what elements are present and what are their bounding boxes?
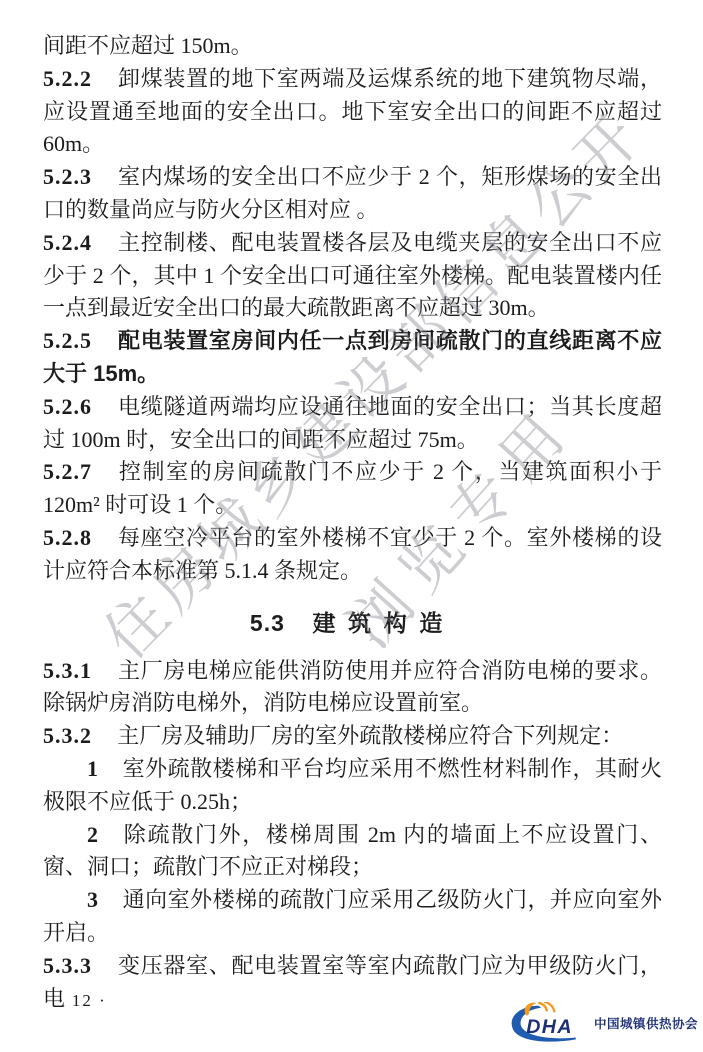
- clause-number: 5.2.8: [43, 525, 92, 550]
- clause-number: 5.3.2: [43, 723, 92, 748]
- clause-5-2-4: 5.2.4主控制楼、配电装置楼各层及电缆夹层的安全出口不应少于 2 个，其中 1…: [43, 227, 662, 325]
- clause-number: 5.3.3: [43, 953, 92, 978]
- paragraph-continuation: 间距不应超过 150m。: [43, 30, 662, 63]
- clause-5-2-7: 5.2.7控制室的房间疏散门不应少于 2 个，当建筑面积小于 120m² 时可设…: [43, 456, 662, 522]
- clause-number: 5.2.7: [43, 459, 92, 484]
- clause-number: 5.2.6: [43, 394, 92, 419]
- dha-logo-icon: DHA: [501, 1002, 587, 1045]
- clause-5-2-3: 5.2.3室内煤场的安全出口不应少于 2 个，矩形煤场的安全出口的数量尚应与防火…: [43, 161, 662, 227]
- clause-number: 1: [87, 756, 99, 781]
- section-number: 5.3: [250, 610, 285, 636]
- clause-5-2-5: 5.2.5配电装置室房间内任一点到房间疏散门的直线距离不应大于 15m。: [43, 325, 662, 391]
- clause-number: 3: [87, 887, 99, 912]
- section-heading-5-3: 5.3建筑构造: [43, 608, 662, 638]
- document-body: 间距不应超过 150m。5.2.2卸煤装置的地下室两端及运煤系统的地下建筑物尽端…: [43, 30, 662, 1015]
- sub-item-1: 1室外疏散楼梯和平台均应采用不燃性材料制作，其耐火极限不应低于 0.25h；: [43, 753, 662, 819]
- clause-5-2-6: 5.2.6电缆隧道两端均应设通往地面的安全出口；当其长度超过 100m 时，安全…: [43, 391, 662, 457]
- section-title: 建筑构造: [312, 610, 455, 636]
- clause-number: 2: [87, 822, 99, 847]
- sub-item-3: 3通向室外楼梯的疏散门应采用乙级防火门，并应向室外开启。: [43, 884, 662, 950]
- document-page: { "document": { "blocks": [ {"type":"p",…: [0, 0, 703, 1052]
- page-number: · 12 ·: [58, 991, 107, 1011]
- dha-abbr: DHA: [526, 1015, 573, 1037]
- dha-logo: DHA 中国城镇供热协会: [501, 1000, 698, 1046]
- clause-5-2-8: 5.2.8每座空冷平台的室外楼梯不宜少于 2 个。室外楼梯的设计应符合本标准第 …: [43, 522, 662, 588]
- clause-number: 5.2.4: [43, 230, 92, 255]
- clause-number: 5.2.5: [43, 328, 92, 353]
- association-name: 中国城镇供热协会: [594, 1014, 698, 1032]
- clause-number: 5.2.2: [43, 66, 92, 91]
- sub-item-2: 2除疏散门外，楼梯周围 2m 内的墙面上不应设置门、窗、洞口；疏散门不应正对梯段…: [43, 819, 662, 885]
- clause-5-2-2: 5.2.2卸煤装置的地下室两端及运煤系统的地下建筑物尽端，应设置通至地面的安全出…: [43, 63, 662, 161]
- clause-5-3-1: 5.3.1主厂房电梯应能供消防使用并应符合消防电梯的要求。除锅炉房消防电梯外，消…: [43, 655, 662, 721]
- clause-number: 5.2.3: [43, 164, 92, 189]
- clause-number: 5.3.1: [43, 658, 92, 683]
- clause-5-3-2: 5.3.2主厂房及辅助厂房的室外疏散楼梯应符合下列规定：: [43, 720, 662, 753]
